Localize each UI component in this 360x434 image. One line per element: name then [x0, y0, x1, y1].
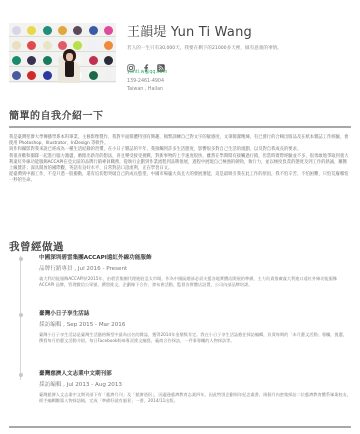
experience-item: 臺灣慈濟人文志業中文期刊部 採訪編輯 , Jul 2013 - Aug 2013…	[39, 370, 351, 405]
facebook-icon[interactable]	[142, 57, 150, 65]
section-divider	[9, 426, 351, 428]
intro-section-title: 簡單的自我介紹一下	[9, 107, 104, 122]
job-company: 臺灣慈濟人文志業中文期刊部	[39, 370, 351, 378]
instagram-icon[interactable]	[127, 57, 135, 65]
email-link[interactable]: yunti.w@qq.com	[127, 69, 357, 78]
intro-paragraph: 寫作和攝影對我來說已經成為一種生活紀錄的習慣，在小日子雜誌的半年，我接觸到許多生…	[9, 147, 351, 153]
job-role: 品牌行銷專員 , Jul 2016 - Present	[39, 265, 351, 273]
phone-number: 139-2461-4904	[127, 78, 357, 87]
experience-section-title: 我曾經做過	[9, 239, 64, 254]
rss-icon[interactable]	[157, 57, 165, 65]
intro-paragraph: 我是臺灣慈濟大學傳播學系本科畢業，主修影像製作，我對平面媒體特別有興趣，頻繁訓練…	[9, 135, 351, 147]
experience-item: 臺灣小日子享生活誌 採訪編輯 , Sep 2015 - Mar 2016 臺灣小…	[39, 310, 351, 345]
intro-paragraph: 我很喜歡和團隊一起進行腦力激盪，磨擦出新奇的想法，喜且樂受接受挑戰，對新事物的上…	[9, 154, 351, 173]
profile-photo	[9, 23, 116, 83]
job-description: 臺灣慈濟人文志業中文期刊部下有「慈濟月刊」及「慈濟道侶」，因適逢慈濟教育志業四年…	[39, 392, 351, 405]
intro-paragraphs: 我是臺灣慈濟大學傳播學系本科畢業，主修影像製作，我對平面媒體特別有興趣，頻繁訓練…	[9, 135, 351, 185]
person-figure	[58, 49, 80, 83]
profile-tagline: 若人的一生只有30,000天，我要在剩下的21000多天裡，做有意義的事情。	[127, 45, 357, 52]
section-divider	[9, 126, 351, 128]
intro-paragraph: 從臺灣到中國工作，不是只憑一股衝動，還有迫切想突破自己的成長慾望，中國市場龐大高…	[9, 172, 351, 184]
job-description: 臺灣小日子享生活誌是臺灣生活風格類型中最為出名的雜誌，獲得2014年金鼎獎肯定。…	[39, 332, 351, 345]
profile-name: 王韻堤 Yun Ti Wang	[127, 25, 357, 41]
job-company: 中國深圳碧雲集團ACCAPI遠紅外線功能服飾	[39, 254, 351, 262]
timeline-line	[20, 256, 21, 380]
job-role: 採訪編輯 , Jul 2013 - Aug 2013	[39, 381, 351, 389]
location: Taiwan , Hailan	[127, 86, 357, 95]
job-company: 臺灣小日子享生活誌	[39, 310, 351, 318]
profile-header: 王韻堤 Yun Ti Wang 若人的一生只有30,000天，我要在剩下的210…	[9, 23, 354, 95]
job-description: 義大利功能服飾ACCAPI於2015年，由碧雲集團代理進駐亞太市場，作為中國區總…	[39, 276, 351, 289]
experience-item: 中國深圳碧雲集團ACCAPI遠紅外線功能服飾 品牌行銷專員 , Jul 2016…	[39, 254, 351, 289]
contact-info: yunti.w@qq.com 139-2461-4904 Taiwan , Ha…	[127, 69, 357, 95]
timeline-dot	[19, 313, 23, 317]
social-links	[127, 56, 357, 65]
timeline-dot	[19, 257, 23, 261]
timeline-dot	[19, 373, 23, 377]
job-role: 採訪編輯 , Sep 2015 - Mar 2016	[39, 321, 351, 329]
profile-info: 王韻堤 Yun Ti Wang 若人的一生只有30,000天，我要在剩下的210…	[127, 23, 357, 95]
